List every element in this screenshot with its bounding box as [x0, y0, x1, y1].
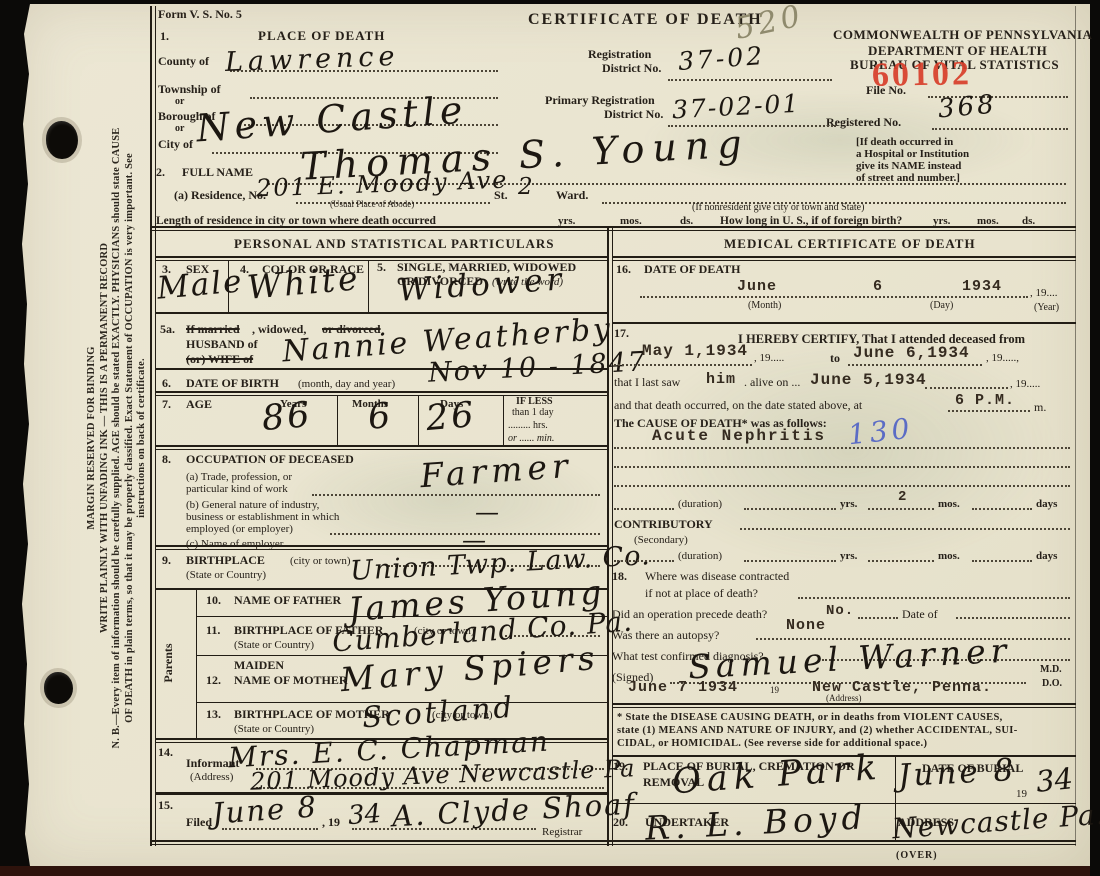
dotted-leader [868, 508, 934, 510]
dotted-leader [312, 494, 600, 496]
registered-no-label: Registered No. [826, 116, 901, 129]
alive-on-label: . alive on ... [744, 376, 800, 389]
section-20-number: 20. [613, 816, 628, 829]
rule [612, 256, 1076, 258]
death-occurred-label: and that death occurred, on the date sta… [614, 399, 862, 412]
cert-19-label: , 19....., [986, 352, 1019, 364]
dob-sub-label: (month, day and year) [298, 378, 395, 390]
form-number: Form V. S. No. 5 [158, 8, 242, 21]
maiden-label: MAIDEN [234, 659, 284, 672]
operation-value: No. [826, 604, 854, 618]
occupation-c-label: (c) Name of employer [186, 538, 283, 550]
if-married-struck: If married [186, 323, 240, 336]
death-day-value: 6 [873, 279, 883, 294]
occupation-label: OCCUPATION OF DECEASED [186, 453, 354, 466]
punch-hole [46, 121, 78, 159]
state-or-country-note: (State or Country) [234, 639, 314, 651]
rule [155, 312, 607, 314]
him-value: him [706, 372, 736, 387]
occupation-a-label2: particular kind of work [186, 483, 288, 495]
burial-year-value: 34 [1035, 764, 1075, 797]
footnote-line: * State the DISEASE CAUSING DEATH, or in… [617, 712, 1003, 724]
dotted-leader [744, 560, 836, 562]
secondary-label: (Secondary) [634, 534, 688, 546]
dotted-leader [740, 528, 1070, 530]
filed-19-label: , 19 [322, 816, 340, 829]
ds-label: ds. [1022, 215, 1035, 227]
occupation-b-label: (b) General nature of industry, [186, 499, 319, 511]
husband-of-label: HUSBAND of [186, 338, 258, 351]
operation-label: Did an operation precede death? [612, 608, 767, 621]
occupation-b-value: — [475, 500, 499, 524]
rule [337, 396, 338, 445]
registration-district-value: 37-02 [677, 43, 766, 74]
section-14-number: 14. [158, 746, 173, 759]
section-13-number: 13. [206, 708, 221, 721]
primary-registration-label: Primary Registration [545, 94, 655, 107]
footnote-line: state (1) MEANS AND NATURE OF INJURY, an… [617, 725, 1018, 737]
cert-19-label: , 19..... [1010, 378, 1040, 390]
primary-registration-district-label: District No. [604, 108, 663, 121]
cause-code-value: 130 [847, 415, 915, 450]
county-label: County of [158, 55, 209, 68]
dotted-leader [668, 79, 832, 81]
last-saw-label: that I last saw [614, 376, 680, 389]
if-not-at-place-label: if not at place of death? [645, 587, 758, 600]
section-1-number: 1. [160, 30, 169, 43]
county-value: Lawrence [225, 43, 400, 76]
dotted-leader [858, 617, 898, 619]
sex-value: Male [156, 266, 245, 304]
st-label: St. [494, 189, 508, 202]
death-year-value: 1934 [962, 279, 1002, 294]
dotted-leader [848, 364, 982, 366]
rule [196, 588, 197, 738]
dotted-leader [932, 128, 1068, 130]
mos-label: mos. [620, 215, 642, 227]
yrs-label: yrs. [933, 215, 950, 227]
duration-mos-label: mos. [938, 550, 960, 562]
attended-from-value: May 1,1934 [642, 343, 748, 359]
occupation-b-label3: employed (or employer) [186, 523, 293, 535]
cert-19-label: , 19..... [754, 352, 784, 364]
rule [612, 322, 1076, 324]
rule [418, 396, 419, 445]
mos-label: mos. [977, 215, 999, 227]
rule [150, 230, 1076, 231]
dotted-leader [956, 617, 1070, 619]
if-less-label: IF LESS [516, 396, 553, 407]
dotted-leader [614, 508, 674, 510]
certificate-title: CERTIFICATE OF DEATH [528, 11, 763, 29]
dotted-leader [614, 560, 674, 562]
dotted-leader [868, 560, 934, 562]
sign-address-label: (Address) [826, 694, 862, 704]
last-saw-date-value: June 5,1934 [810, 372, 927, 388]
parents-side-label: Parents [161, 593, 183, 733]
dotted-leader [744, 508, 836, 510]
duration-yrs-label: yrs. [840, 550, 857, 562]
dotted-leader [614, 466, 1070, 468]
parents-label-text: Parents [161, 643, 175, 682]
filed-label: Filed [186, 816, 212, 829]
punch-hole [44, 672, 73, 704]
registration-label: Registration [588, 48, 651, 61]
rule [612, 260, 1076, 261]
section-5a-number: 5a. [160, 323, 175, 336]
informant-address-label: (Address) [190, 771, 233, 783]
cause-of-death-value: Acute Nephritis [652, 428, 826, 444]
personal-heading: PERSONAL AND STATISTICAL PARTICULARS [234, 237, 555, 251]
margin-line: instructions on back of certificate. [136, 13, 149, 863]
margin-line: MARGIN RESERVED FOR BINDING [86, 13, 99, 863]
age-months-value: 6 [367, 399, 392, 436]
autopsy-value: None [786, 618, 826, 633]
hospital-note: a Hospital or Institution [856, 148, 969, 160]
state-or-country-note: (State or Country) [186, 569, 266, 581]
rule [150, 844, 1076, 845]
over-label: (OVER) [896, 850, 938, 861]
binding-margin-text: MARGIN RESERVED FOR BINDING WRITE PLAINL… [86, 13, 150, 863]
hospital-note: give its NAME instead [856, 160, 961, 172]
race-value: White [246, 261, 362, 304]
than-one-day-label: than 1 day [512, 407, 554, 418]
dob-label: DATE OF BIRTH [186, 377, 279, 390]
section-18-number: 18. [612, 570, 627, 583]
scan-bottom-edge [0, 866, 1100, 876]
age-years-value: 86 [261, 398, 314, 437]
ds-label: ds. [680, 215, 693, 227]
section-16-number: 16. [616, 263, 631, 276]
burial-19-label: 19 [1016, 788, 1027, 800]
section-9-number: 9. [162, 554, 171, 567]
age-days-value: 26 [425, 398, 478, 437]
duration-yrs-label: yrs. [840, 498, 857, 510]
registrar-label: Registrar [542, 826, 582, 838]
or-label: or [175, 123, 184, 134]
medical-heading: MEDICAL CERTIFICATE OF DEATH [724, 237, 976, 251]
dotted-leader [925, 387, 1008, 389]
section-11-number: 11. [206, 624, 220, 637]
month-sub-label: (Month) [748, 300, 781, 311]
rule [155, 445, 607, 447]
duration-label: (duration) [678, 498, 722, 510]
section-10-number: 10. [206, 594, 221, 607]
occupation-value: Farmer [419, 449, 574, 493]
dod-19-label: , 19.... [1030, 287, 1058, 299]
duration-months-value: 2 [898, 490, 907, 504]
section-7-number: 7. [162, 398, 171, 411]
margin-line: OF DEATH in plain terms, so that it may … [124, 13, 137, 863]
sign-date-value: June 7 1934 [628, 680, 738, 695]
length-of-residence-label: Length of residence in city or town wher… [156, 215, 436, 228]
occupation-a-label: (a) Trade, profession, or [186, 471, 292, 483]
disease-contracted-label: Where was disease contracted [645, 570, 789, 583]
agency-line: COMMONWEALTH OF PENNSYLVANIA [833, 28, 1092, 42]
dotted-leader [640, 296, 1028, 298]
to-label: to [830, 352, 840, 365]
death-month-value: June [737, 279, 777, 294]
or-wife-of-struck: (or) WIFE of [186, 353, 253, 366]
contributory-label: CONTRIBUTORY [614, 518, 713, 531]
date-of-death-label: DATE OF DEATH [644, 263, 740, 276]
m-label: m. [1034, 401, 1046, 414]
occupation-b-label2: business or establishment in which [186, 511, 339, 523]
rule [155, 256, 607, 258]
residence-label: (a) Residence, No. [174, 189, 266, 202]
abode-note: (Usual Place of Abode) [330, 200, 414, 210]
birthplace-label: BIRTHPLACE [186, 554, 265, 567]
state-or-country-note: (State or Country) [234, 723, 314, 735]
rule [368, 260, 369, 312]
registration-district-label: District No. [602, 62, 661, 75]
dotted-leader [614, 364, 752, 366]
autopsy-label: Was there an autopsy? [612, 629, 719, 642]
dotted-leader [798, 597, 1070, 599]
min-label: or ...... min. [508, 433, 554, 444]
rule [503, 396, 504, 445]
burial-date-value: June 8 [897, 755, 1017, 792]
township-label: Township of [158, 83, 221, 96]
rule [155, 391, 607, 393]
section-17-number: 17. [614, 327, 629, 340]
or-label: or [175, 96, 184, 107]
section-19-number: 19. [613, 760, 628, 773]
hospital-note: [If death occurred in [856, 136, 953, 148]
day-sub-label: (Day) [930, 300, 953, 311]
ward-value: 2 [518, 176, 533, 199]
city-label: City of [158, 138, 193, 151]
rule [612, 707, 1076, 708]
sign-19-label: 19 [770, 686, 779, 696]
section-6-number: 6. [162, 377, 171, 390]
section-5-number: 5. [377, 261, 386, 274]
primary-registration-district-value: 37-02-01 [671, 91, 800, 123]
scan-right-edge [1090, 0, 1100, 876]
md-label: M.D. [1040, 664, 1062, 675]
registered-no-value: 368 [937, 91, 998, 122]
yrs-label: yrs. [558, 215, 575, 227]
dotted-leader [948, 410, 1030, 412]
section-2-number: 2. [156, 166, 165, 179]
duration-days-label: days [1036, 550, 1057, 562]
filed-date-value: June 8 [211, 792, 319, 828]
mother-label: NAME OF MOTHER [234, 674, 348, 687]
rule [155, 6, 156, 846]
duration-label: (duration) [678, 550, 722, 562]
death-certificate-scan: MARGIN RESERVED FOR BINDING WRITE PLAINL… [0, 0, 1100, 876]
do-label: D.O. [1042, 678, 1062, 689]
margin-line: WRITE PLAINLY WITH UNFADING INK — THIS I… [99, 13, 112, 863]
filed-year-value: 34 [347, 801, 382, 829]
file-no-label: File No. [866, 84, 906, 97]
age-label: AGE [186, 398, 212, 411]
rule [1075, 6, 1076, 846]
ward-label: Ward. [556, 189, 588, 202]
duration-mos-label: mos. [938, 498, 960, 510]
section-8-number: 8. [162, 453, 171, 466]
hrs-label: ......... hrs. [508, 420, 548, 431]
attended-to-value: June 6,1934 [853, 345, 970, 361]
city-or-town-note: (city or town) [290, 555, 350, 567]
death-time-value: 6 P.M. [955, 393, 1015, 408]
nonresident-note: (If nonresident give city or town and St… [692, 202, 864, 213]
section-15-number: 15. [158, 799, 173, 812]
margin-line: N. B.—Every item of information should b… [111, 13, 124, 863]
date-of-label: Date of [902, 608, 938, 621]
dotted-leader [614, 447, 1070, 449]
father-label: NAME OF FATHER [234, 594, 341, 607]
year-sub-label: (Year) [1034, 302, 1059, 313]
dotted-leader [972, 560, 1032, 562]
how-long-label: How long in U. S., if of foreign birth? [720, 215, 902, 228]
rule [150, 6, 152, 846]
section-12-number: 12. [206, 674, 221, 687]
duration-days-label: days [1036, 498, 1057, 510]
dotted-leader [614, 485, 1070, 487]
full-name-label: FULL NAME [182, 166, 253, 179]
dotted-leader [972, 508, 1032, 510]
